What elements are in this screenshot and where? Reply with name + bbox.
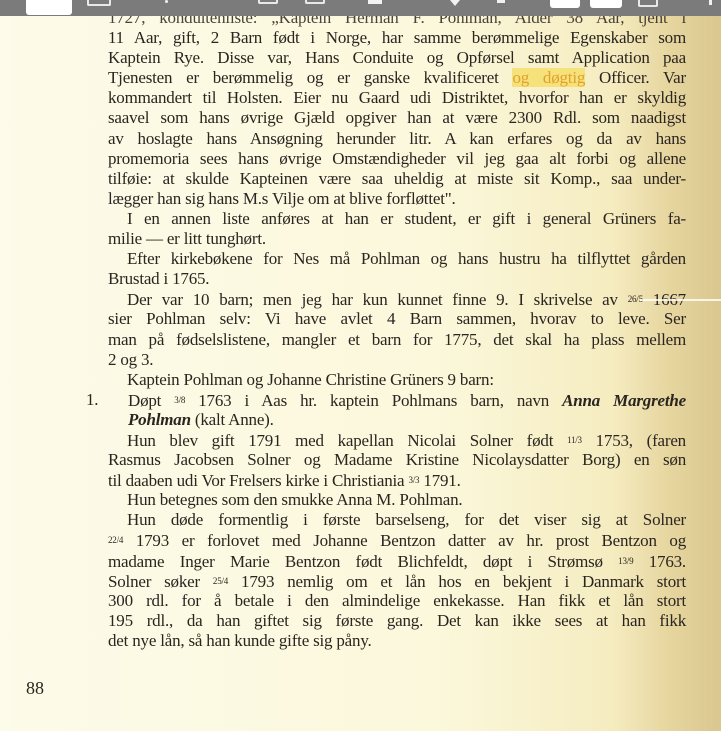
text-line: Rasmus Jacobsen Solner og Madame Kristin… xyxy=(108,450,686,470)
line-text: man på fødselslistene, mangler et barn f… xyxy=(108,330,686,349)
line-text: det nye lån, så han kunde gifte sig påny… xyxy=(108,631,372,650)
text-line: Hun betegnes som den smukke Anna M. Pohl… xyxy=(108,490,686,510)
line-text: 1791. xyxy=(419,471,460,490)
line-text: madame Inger Marie Bentzon født Blichfel… xyxy=(108,552,618,571)
date-fraction: 22/4 xyxy=(108,535,123,545)
line-text: promemoria sees hans øvrige Omstændighed… xyxy=(108,149,686,168)
line-text: 1763 i Aas hr. kaptein Pohlmans barn, na… xyxy=(185,391,562,410)
line-text: 1763. xyxy=(633,552,686,571)
date-fraction: 11/3 xyxy=(567,435,582,445)
text-line: av hoslagte hans Ansøgning herunder litr… xyxy=(108,129,686,149)
line-text: Solner søker xyxy=(108,572,213,591)
text-line: Brustad i 1765. xyxy=(108,269,686,289)
line-text: Hun døde formentlig i første barselseng,… xyxy=(127,510,686,529)
text-line: lægger han sig hans M.s Vilje om at bliv… xyxy=(108,189,686,209)
list-number: 1. xyxy=(86,390,98,410)
line-text: Døpt xyxy=(128,391,174,410)
text-line: madame Inger Marie Bentzon født Blichfel… xyxy=(108,551,686,571)
name-italic: Anna Margrethe xyxy=(562,391,686,410)
text-line: Kaptein Pohlman og Johanne Christine Grü… xyxy=(108,370,686,390)
text-line: Kaptein Rye. Disse var, Hans Conduite og… xyxy=(108,48,686,68)
line-text: Der var 10 barn; men jeg har kun kunnet … xyxy=(127,290,628,309)
line-text: Kaptein Pohlman og Johanne Christine Grü… xyxy=(127,370,494,389)
text-line: sier Pohlman selv: Vi have avlet 4 Barn … xyxy=(108,309,686,329)
line-text: milie — er litt tunghørt. xyxy=(108,229,266,248)
line-text: Efter kirkebøkene for Nes må Pohlman og … xyxy=(127,249,686,268)
line-text: 11 Aar, gift, 2 Barn født i Norge, har s… xyxy=(108,28,686,47)
text-line: 1. Døpt 3/8 1763 i Aas hr. kaptein Pohlm… xyxy=(108,390,686,410)
page-thumbnail-button[interactable] xyxy=(26,0,72,15)
dropdown-triangle-icon[interactable] xyxy=(450,0,460,6)
text-line: kommandert til Holsten. Eier nu Gaard ud… xyxy=(108,88,686,108)
highlighted-text: og døgtig xyxy=(512,68,585,87)
line-text: lægger han sig hans M.s Vilje om at bliv… xyxy=(108,189,456,208)
text-line: 11 Aar, gift, 2 Barn født i Norge, har s… xyxy=(108,28,686,48)
tool-icon[interactable] xyxy=(305,0,325,4)
page-number: 88 xyxy=(26,678,44,699)
text-line: man på fødselslistene, mangler et barn f… xyxy=(108,330,686,350)
text-line: Pohlman (kalt Anne). xyxy=(108,410,686,430)
text-line: Tjenesten er berømmelig og er ganske kva… xyxy=(108,68,686,88)
page-icon[interactable] xyxy=(638,0,658,7)
line-text: 1753, (faren xyxy=(582,431,686,450)
line-text: Hun betegnes som den smukke Anna M. Pohl… xyxy=(127,490,462,509)
document-page: 1727, konduitenliste: „Kaptein Herman F.… xyxy=(108,8,686,651)
line-text: tilføie: at skulde Kapteinen være saa uh… xyxy=(108,169,686,188)
line-text: Rasmus Jacobsen Solner og Madame Kristin… xyxy=(108,450,686,469)
line-text: Tjenesten er berømmelig og er ganske kva… xyxy=(108,68,512,87)
text-line: I en annen liste anføres at han er stude… xyxy=(108,209,686,229)
line-text: 300 rdl. for å betale i den almindelige … xyxy=(108,591,686,610)
line-text: Kaptein Rye. Disse var, Hans Conduite og… xyxy=(108,48,686,67)
text-line: Efter kirkebøkene for Nes må Pohlman og … xyxy=(108,249,686,269)
line-text: Officer. Var xyxy=(585,68,686,87)
tool-icon[interactable] xyxy=(258,0,278,4)
text-line: Hun døde formentlig i første barselseng,… xyxy=(108,510,686,530)
tool-icon[interactable] xyxy=(165,0,168,3)
tool-icon[interactable] xyxy=(368,0,382,4)
date-fraction: 25/4 xyxy=(213,576,228,586)
line-text: 1793 er forlovet med Johanne Bentzon dat… xyxy=(123,531,686,550)
text-line: Solner søker 25/4 1793 nemlig om et lån … xyxy=(108,571,686,591)
line-text: sier Pohlman selv: Vi have avlet 4 Barn … xyxy=(108,309,686,328)
line-text: Brustad i 1765. xyxy=(108,269,209,288)
text-line: 22/4 1793 er forlovet med Johanne Bentzo… xyxy=(108,530,686,550)
toolbar-button[interactable] xyxy=(590,0,622,8)
line-text: av hoslagte hans Ansøgning herunder litr… xyxy=(108,129,686,148)
line-text: 2 og 3. xyxy=(108,350,153,369)
line-text: kommandert til Holsten. Eier nu Gaard ud… xyxy=(108,88,686,107)
toolbar-button[interactable] xyxy=(550,0,580,8)
text-line: Der var 10 barn; men jeg har kun kunnet … xyxy=(108,289,686,309)
text-line: milie — er litt tunghørt. xyxy=(108,229,686,249)
text-line: promemoria sees hans øvrige Omstændighed… xyxy=(108,149,686,169)
text-line: Hun blev gift 1791 med kapellan Nicolai … xyxy=(108,430,686,450)
date-fraction: 3/3 xyxy=(408,475,419,485)
line-text: til daaben udi Vor Frelsers kirke i Chri… xyxy=(108,471,408,490)
viewer-toolbar xyxy=(0,0,721,16)
tool-icon[interactable] xyxy=(497,0,505,3)
text-line: tilføie: at skulde Kapteinen være saa uh… xyxy=(108,169,686,189)
text-line: 2 og 3. xyxy=(108,350,686,370)
text-line: saavel som hans øvrige Gjæld opgiver han… xyxy=(108,108,686,128)
line-text: saavel som hans øvrige Gjæld opgiver han… xyxy=(108,108,686,127)
menu-icon[interactable] xyxy=(709,0,712,5)
line-text: 195 rdl., da han giftet sig første gang.… xyxy=(108,611,686,630)
line-text: Hun blev gift 1791 med kapellan Nicolai … xyxy=(127,431,567,450)
text-line: 300 rdl. for å betale i den almindelige … xyxy=(108,591,686,611)
name-italic: Pohlman xyxy=(128,410,191,429)
line-text: I en annen liste anføres at han er stude… xyxy=(127,209,686,228)
scan-artifact-line xyxy=(640,299,721,301)
date-fraction: 13/9 xyxy=(618,556,633,566)
text-line: det nye lån, så han kunde gifte sig påny… xyxy=(108,631,686,651)
date-fraction: 3/8 xyxy=(174,395,185,405)
text-line: 195 rdl., da han giftet sig første gang.… xyxy=(108,611,686,631)
layout-icon[interactable] xyxy=(87,0,111,6)
text-line: til daaben udi Vor Frelsers kirke i Chri… xyxy=(108,470,686,490)
line-text: (kalt Anne). xyxy=(191,410,274,429)
line-text: 1793 nemlig om et lån hos en bekjent i D… xyxy=(228,572,686,591)
